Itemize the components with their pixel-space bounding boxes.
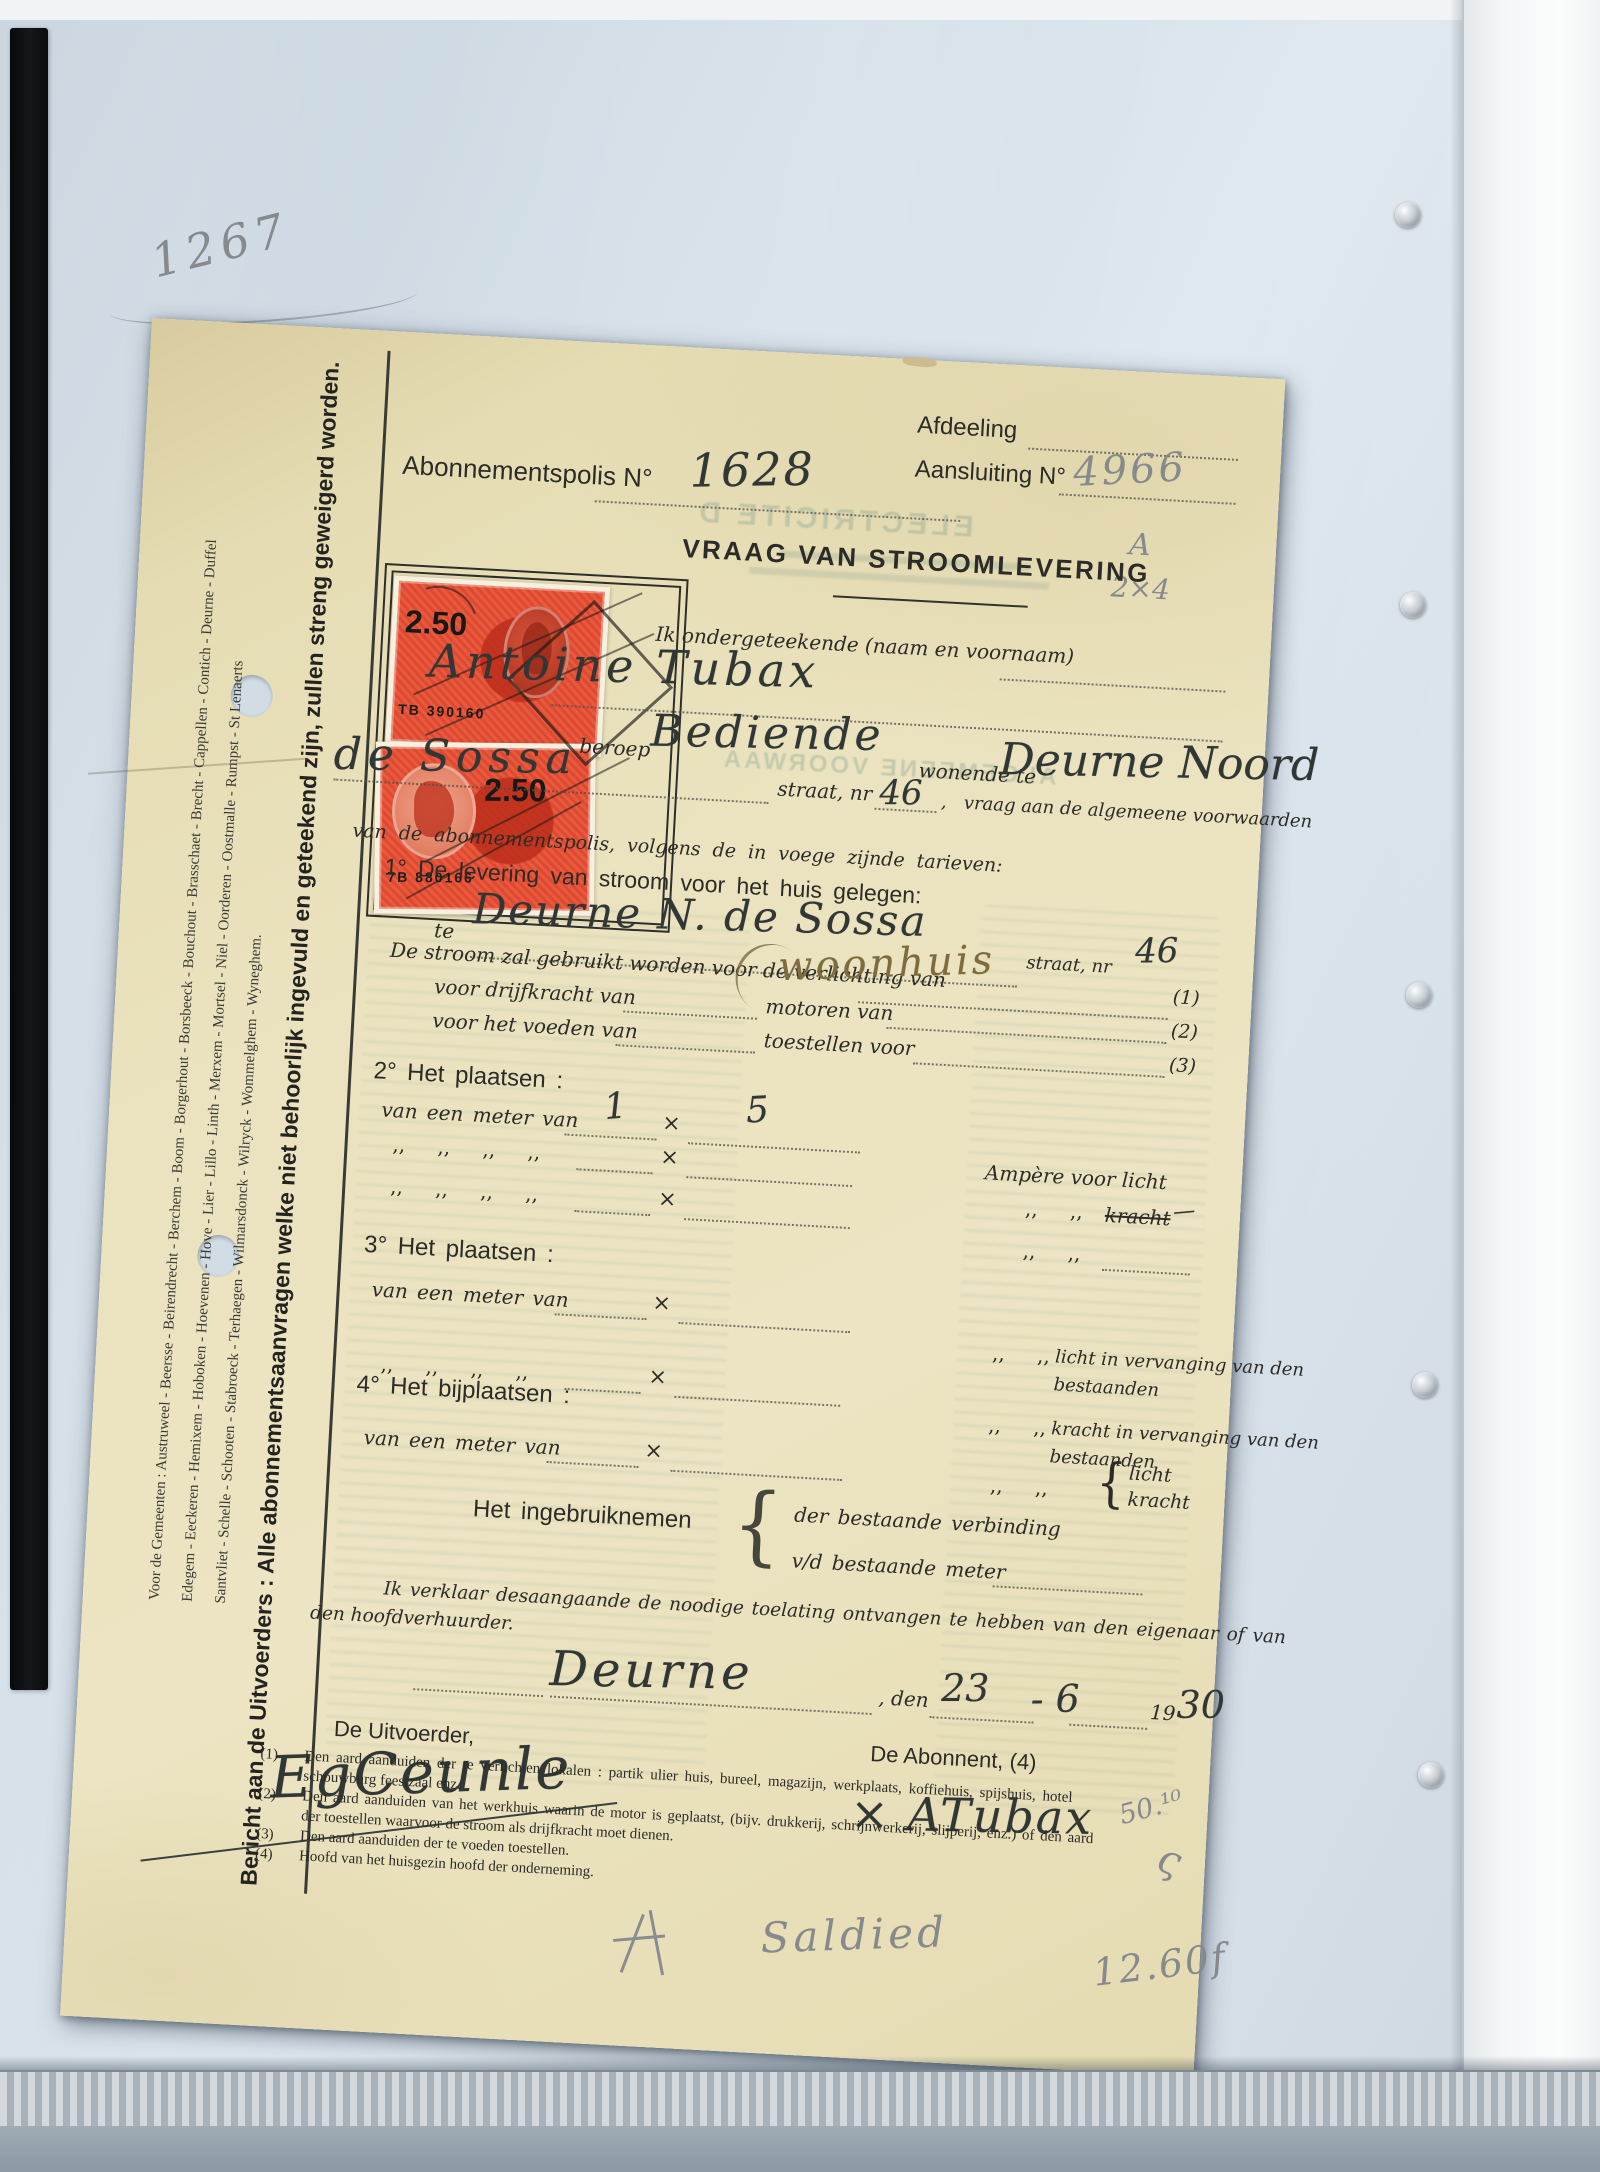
footnote-ref-3: (3) [1168, 1054, 1196, 1077]
feed-line-b: toestellen voor [763, 1028, 915, 1060]
ditto-marks: ,, ,, [988, 1413, 1047, 1440]
pencil-paraaf-stroke [649, 1910, 664, 1975]
footnote-3-number: (3) [256, 1826, 274, 1844]
policy-number-label: Abonnementspolis N° [402, 450, 654, 494]
album-binding-lower [0, 2126, 1600, 2172]
title-underline [833, 595, 1028, 608]
ditto-marks: ,, ,, [1024, 1197, 1083, 1224]
date-place-handwritten: Deurne [549, 1641, 754, 1701]
year-printed: 19 [1149, 1700, 1176, 1725]
times-sign: × [648, 1364, 668, 1390]
applicant-name-handwritten: Antoine Tubax [428, 634, 820, 699]
photographed-album-page: 1267 Voor de Gemeenten : Austruweel - Be… [0, 0, 1600, 2172]
bottom-pencil-word: Saldied [760, 1907, 949, 1962]
street-number-handwritten: 46 [879, 773, 922, 813]
footnote-2-number: (2) [258, 1786, 276, 1804]
album-binding-ribbed-strip [0, 2070, 1600, 2128]
residence-handwritten: Deurne Noord [999, 734, 1320, 791]
sleeve-edge-shadow [1450, 0, 1464, 2172]
dotted-line [1000, 676, 1226, 692]
times-sign: × [652, 1291, 672, 1317]
stamp-serial: TB 390160 [398, 701, 486, 722]
policy-number-handwritten: 1628 [689, 442, 815, 498]
profession-handwritten: Bediende [650, 706, 884, 761]
binder-rivet [1418, 1762, 1444, 1788]
pencil-squiggle: ς [1152, 1835, 1187, 1886]
profession-label: beroep [579, 734, 651, 762]
binder-rivet [1406, 982, 1432, 1008]
section4-light: licht [1128, 1463, 1172, 1487]
album-page-edge [1462, 0, 1600, 2172]
black-backing-strip [10, 28, 48, 1690]
document-sheet: Voor de Gemeenten : Austruweel - Beersse… [60, 318, 1285, 2077]
binder-rivet [1412, 1372, 1438, 1398]
meter-count-handwritten: 1 [602, 1085, 628, 1128]
aansluiting-label: Aansluiting N° [914, 456, 1066, 492]
street-label: straat, nr [777, 777, 873, 806]
footnote-4-number: (4) [255, 1846, 273, 1864]
binder-rivet [1395, 202, 1421, 228]
afdeeling-label: Afdeeling [917, 412, 1018, 445]
binder-rivet [1400, 592, 1426, 618]
date-day-handwritten: 23 [941, 1666, 989, 1710]
ditto-marks: ,, ,, [1022, 1238, 1081, 1265]
footnote-1-number: (1) [260, 1746, 278, 1764]
request-text: , vraag aan de algemeene voorwaarden [940, 791, 1312, 832]
photo-top-margin [0, 0, 1600, 22]
times-sign: × [662, 1111, 682, 1137]
ditto-marks: ,, ,, [992, 1341, 1051, 1368]
date-month-handwritten: - 6 [1030, 1676, 1080, 1721]
small-brace: { [1095, 1451, 1128, 1515]
kracht-struck-out: kracht [1104, 1203, 1171, 1231]
aansluiting-number-pencil: 4966 [1072, 444, 1188, 496]
power-line-b: motoren van [765, 994, 894, 1025]
times-sign: × [657, 1187, 677, 1213]
times-sign: × [644, 1438, 664, 1464]
footnote-ref-1: (1) [1172, 986, 1200, 1009]
light-usage-handwritten: woonhuis [777, 937, 995, 990]
footnote-ref-2: (2) [1170, 1020, 1198, 1043]
street-name-handwritten: de Sossa [333, 729, 578, 785]
section1-street-number-handwritten: 46 [1135, 931, 1179, 972]
pencil-paraaf-stroke [620, 1914, 645, 1973]
strike-dash: — [1172, 1198, 1196, 1225]
section4-power: kracht [1127, 1489, 1191, 1514]
large-brace: { [730, 1475, 785, 1577]
sleeve-bottom-shadow [0, 2056, 1600, 2070]
ditto-marks: ,, ,, [989, 1473, 1048, 1500]
date-year-handwritten: 30 [1177, 1683, 1225, 1727]
times-sign: × [660, 1145, 680, 1171]
den-label: , den [878, 1685, 929, 1712]
ampere-count-handwritten: 5 [745, 1089, 770, 1131]
